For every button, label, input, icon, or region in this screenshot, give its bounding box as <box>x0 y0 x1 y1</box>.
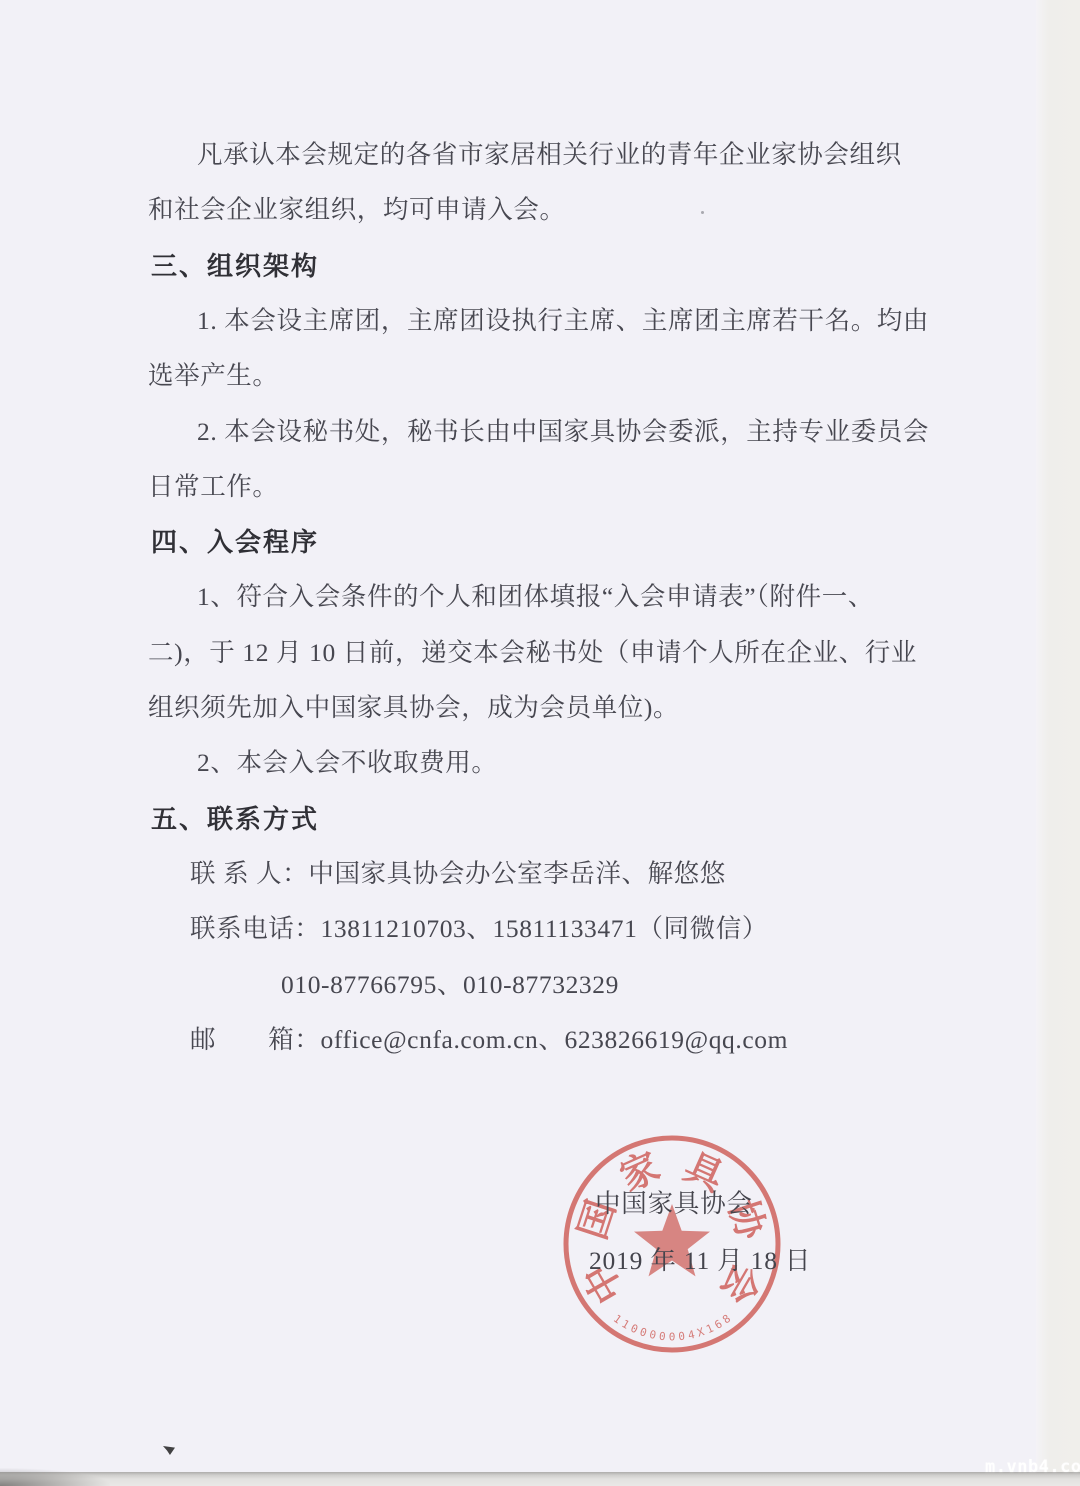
signature-organization: 中国家具协会 <box>595 1184 753 1220</box>
scanner-background-right <box>1036 0 1080 1486</box>
document-line: 010-87766795、010-87732329 <box>281 969 619 1001</box>
seal-code-character: 0 <box>669 1331 676 1344</box>
seal-code-character: 0 <box>678 1330 686 1344</box>
seal-code-character: 0 <box>648 1328 657 1342</box>
seal-code-character: 4 <box>687 1328 697 1342</box>
seal-code-character: 0 <box>629 1322 640 1337</box>
document-line: 1、符合入会条件的个人和团体填报“入会申请表”（附件一、 <box>197 581 874 613</box>
document-line: 和社会企业家组织，均可申请入会。 <box>148 194 566 226</box>
document-line: 2. 本会设秘书处，秘书长由中国家具协会委派，主持专业委员会 <box>197 416 929 448</box>
document-line: 邮 箱：office@cnfa.com.cn、623826619@qq.com <box>190 1024 788 1056</box>
scan-artifact-speck <box>163 1446 175 1455</box>
section-heading: 三、组织架构 <box>151 250 319 282</box>
document-line: 联系电话：13811210703、15811133471（同微信） <box>190 913 768 945</box>
scan-artifact-dot <box>701 211 704 214</box>
section-heading: 五、联系方式 <box>151 803 319 835</box>
document-line: 2、本会入会不收取费用。 <box>197 747 497 779</box>
site-watermark: m.vnb4.com <box>985 1457 1080 1477</box>
document-line: 选举产生。 <box>148 360 279 392</box>
scanned-document-page: { "page": { "watermark": "m.vnb4.com", "… <box>0 0 1080 1486</box>
page-bottom-edge <box>0 1472 1080 1486</box>
document-line: 联 系 人：中国家具协会办公室李岳洋、解悠悠 <box>190 858 726 890</box>
seal-code-character: 0 <box>638 1325 648 1339</box>
document-line: 1. 本会设主席团，主席团设执行主席、主席团主席若干名。均由 <box>197 305 929 337</box>
page-corner-shadow <box>0 1468 110 1486</box>
document-line: 凡承认本会规定的各省市家居相关行业的青年企业家协会组织 <box>197 139 902 171</box>
section-heading: 四、入会程序 <box>151 526 319 558</box>
signature-date: 2019 年 11 月 18 日 <box>589 1241 811 1277</box>
document-line: 二)，于 12 月 10 日前，递交本会秘书处（申请个人所在企业、行业 <box>148 637 917 669</box>
seal-code-character: 0 <box>658 1330 666 1344</box>
document-line: 日常工作。 <box>148 471 279 503</box>
document-line: 组织须先加入中国家具协会，成为会员单位)。 <box>148 692 679 724</box>
